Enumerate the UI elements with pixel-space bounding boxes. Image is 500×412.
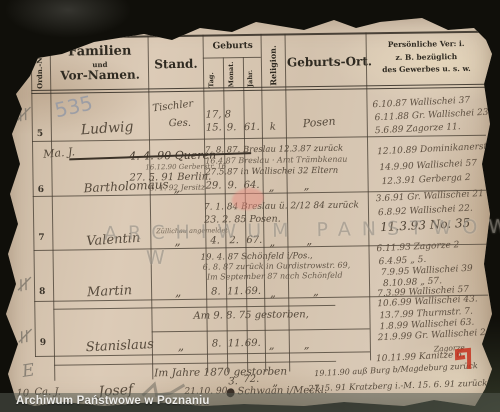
header-stand: Stand. [150, 57, 202, 72]
header-geburts: Geburts [205, 41, 261, 52]
grid-line [50, 37, 56, 381]
row-number: 8 [39, 287, 45, 297]
grid-line [31, 31, 485, 39]
entry-stand: „ [175, 285, 181, 299]
note: Im Jahre 1870 gestorben [154, 365, 287, 379]
archive-caption: Archiwum Państwowe w Poznaniu [16, 395, 210, 407]
entry-jahr: 61. [244, 122, 260, 133]
residence-entry: 5.6.89 Zagorze 11. [375, 122, 461, 136]
row-number: 5 [37, 129, 43, 139]
pencil-check-mark [18, 327, 34, 345]
residence-entry: 6.10.87 Wallischei 37 [372, 96, 470, 111]
note: 16.4.87 Breslau · Amt Trämbkenau [205, 155, 347, 166]
entry-tag: 8. [211, 286, 221, 297]
header-religion: Religion. [268, 42, 279, 86]
entry-name: Ludwig [80, 119, 134, 138]
note: Im September 87 nach Schönfeld [207, 271, 343, 282]
entry-stand: Ges. [169, 118, 191, 129]
pencil-letter: E [21, 360, 36, 382]
entry-jahr: 69. [245, 286, 261, 297]
row-number: 6 [38, 185, 44, 195]
entry-religion: k [270, 122, 276, 133]
entry-name: Bartholomäus [83, 177, 169, 195]
note: 16.12.90 Gerberstr. 16 [145, 162, 226, 171]
residence-entry: 12.3.91 Gerberga 2 [381, 173, 471, 187]
header-persoenliche-3: des Gewerbes u. s. w. [368, 64, 485, 75]
entry-stand: „ [174, 181, 180, 195]
entry-tag: 8. [212, 338, 222, 349]
entry-monat: 11. [228, 338, 244, 349]
table-grid [1, 11, 493, 18]
entry-jahr: 69. [245, 338, 261, 349]
residence-entry: 14.9.90 Wallischei 57 [379, 158, 477, 173]
pencil-check-mark [16, 105, 32, 123]
header-persoenliche-2: z. B. bezüglich [368, 52, 485, 63]
residence-entry: 6.11.93 Zagorze 2 [376, 240, 459, 254]
scanned-register-page: Ordn.-Nro. Familien und Vor-Namen. Stand… [0, 0, 500, 412]
document-paper: Ordn.-Nro. Familien und Vor-Namen. Stand… [4, 14, 496, 410]
header-tag: Tag. [207, 59, 215, 87]
entry-name: Stanislaus [86, 337, 155, 355]
entry-tag: 29. [206, 180, 222, 191]
pencil-number: 535 [52, 91, 95, 123]
note: 7. 1. 84 Breslau ü. 2/12 84 zurück [204, 200, 359, 212]
header-familien: Familien [60, 44, 140, 60]
entry-stand: „ [178, 339, 184, 353]
header-vor-namen: Vor-Namen. [60, 68, 140, 83]
entry-ort: „ [304, 179, 310, 192]
pencil-check-mark [17, 275, 33, 293]
note: 27. 5. 91 Kratzberg i.-M. 15. 6. 91 zurü… [308, 379, 487, 395]
archive-watermark-line2: W [146, 247, 165, 269]
entry-jahr: 72. [243, 374, 259, 385]
note: Am 9. 8. 75 gestorben, [193, 309, 309, 322]
grid-line [54, 361, 336, 366]
entry-religion: „ [270, 287, 276, 300]
entry-tag: 15. [206, 122, 222, 133]
residence-entry: 12.10.89 Dominikanerstr. 2 [377, 141, 500, 157]
header-ordn-nro: Ordn.-Nro. [35, 43, 45, 89]
register-table: Ordn.-Nro. Familien und Vor-Namen. Stand… [1, 11, 498, 412]
row-number: 7 [38, 233, 44, 243]
entry-date-old: 17, 8 [206, 109, 232, 120]
entry-stand: Tischler [152, 99, 194, 115]
entry-monat: 9. [228, 180, 238, 191]
grid-line [148, 35, 154, 379]
entry-ort: „ [304, 338, 310, 351]
entry-ort: Posen [302, 115, 336, 131]
residence-entry: 6.11.88 Gr. Wallischei 23. [374, 108, 491, 124]
header-monat: Monat. [227, 58, 235, 87]
header-geburts-ort: Geburts-Ort. [287, 54, 365, 69]
row-number: 9 [40, 338, 46, 348]
grid-line [366, 32, 372, 360]
header-jahr: Jahr. [246, 59, 254, 87]
entry-religion: „ [269, 339, 275, 352]
header-persoenliche-1: Persönliche Ver: i. [368, 39, 485, 50]
entry-monat: 11. [227, 286, 243, 297]
entry-monat: 9. [227, 122, 237, 133]
entry-religion: „ [269, 181, 275, 194]
entry-name: Martin [87, 283, 133, 300]
grid-line [152, 328, 370, 332]
entry-ort: „ [313, 285, 319, 298]
red-stamp-mark [454, 347, 474, 371]
